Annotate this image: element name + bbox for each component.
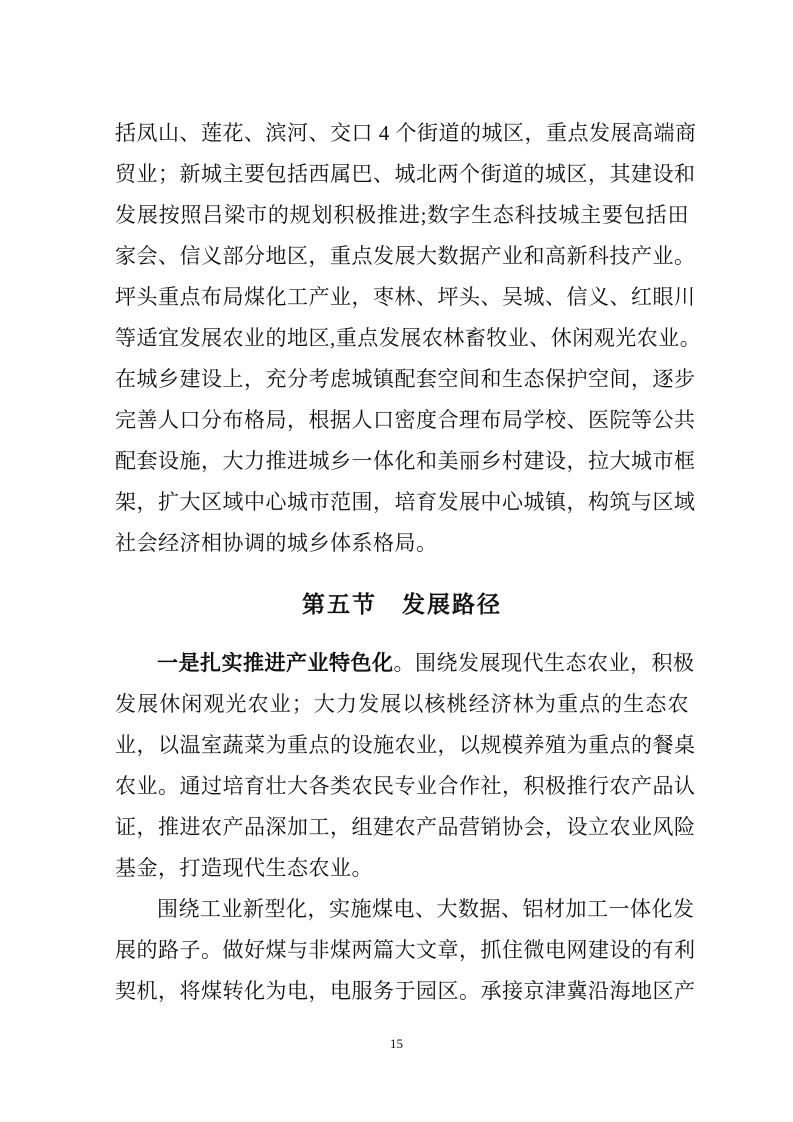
text-line: 农业。通过培育壮大各类农民专业合作社，积极推行农产品认 <box>115 766 689 807</box>
text-line: 贸业；新城主要包括西属巴、城北两个街道的城区，其建设和 <box>115 154 689 195</box>
text-line: 坪头重点布局煤化工产业，枣林、坪头、吴城、信义、红眼川 <box>115 277 689 318</box>
text-line: 等适宜发展农业的地区,重点发展农林畜牧业、休闲观光农业。 <box>115 318 689 359</box>
text-line: 在城乡建设上，充分考虑城镇配套空间和生态保护空间，逐步 <box>115 359 689 400</box>
section-heading: 第五节 发展路径 <box>115 584 689 625</box>
paragraph-bold-lead: 一是扎实推进产业特色化 <box>157 651 394 675</box>
text-line: 基金，打造现代生态农业。 <box>115 848 689 889</box>
text-line: 展的路子。做好煤与非煤两篇大文章，抓住微电网建设的有利 <box>115 930 689 971</box>
text-line: 业，以温室蔬菜为重点的设施农业，以规模养殖为重点的餐桌 <box>115 725 689 766</box>
text-line: 证，推进农产品深加工，组建农产品营销协会，设立农业风险 <box>115 807 689 848</box>
text-run: 。围绕发展现代生态农业，积极 <box>394 651 695 675</box>
text-line: 社会经济相协调的城乡体系格局。 <box>115 523 689 564</box>
text-line: 家会、信义部分地区，重点发展大数据产业和高新科技产业。 <box>115 236 689 277</box>
text-line: 发展按照吕梁市的规划积极推进;数字生态科技城主要包括田 <box>115 195 689 236</box>
text-line: 完善人口分布格局，根据人口密度合理布局学校、医院等公共 <box>115 400 689 441</box>
text-line: 一是扎实推进产业特色化。围绕发展现代生态农业，积极 <box>115 643 689 684</box>
text-line: 契机，将煤转化为电，电服务于园区。承接京津冀沿海地区产 <box>115 971 689 1012</box>
text-block: 括凤山、莲花、滨河、交口 4 个街道的城区，重点发展高端商 贸业；新城主要包括西… <box>115 113 689 1012</box>
document-page: 括凤山、莲花、滨河、交口 4 个街道的城区，重点发展高端商 贸业；新城主要包括西… <box>0 0 793 1122</box>
page-number: 15 <box>0 1036 793 1052</box>
text-line: 围绕工业新型化，实施煤电、大数据、铝材加工一体化发 <box>115 889 689 930</box>
text-line: 发展休闲观光农业；大力发展以核桃经济林为重点的生态农 <box>115 684 689 725</box>
text-line: 括凤山、莲花、滨河、交口 4 个街道的城区，重点发展高端商 <box>115 113 689 154</box>
text-line: 配套设施，大力推进城乡一体化和美丽乡村建设，拉大城市框 <box>115 441 689 482</box>
text-line: 架，扩大区域中心城市范围，培育发展中心城镇，构筑与区域 <box>115 482 689 523</box>
